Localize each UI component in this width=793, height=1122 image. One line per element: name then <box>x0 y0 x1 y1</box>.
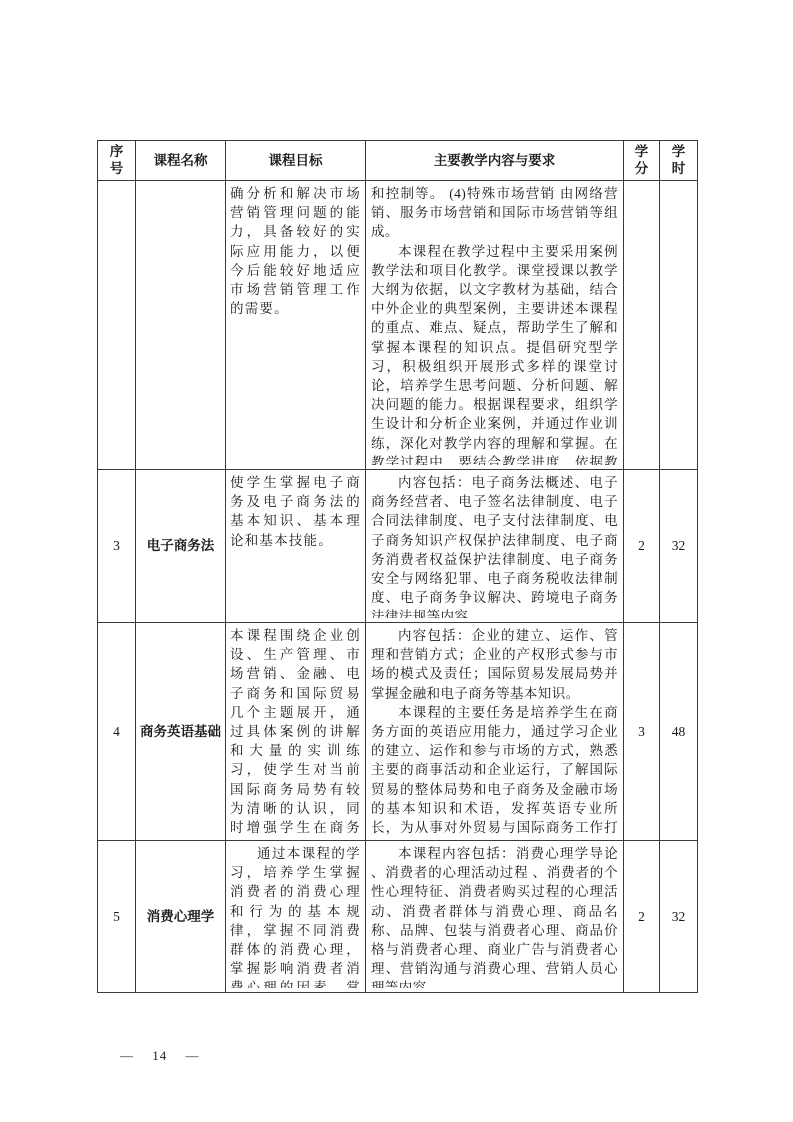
col-header-course-name: 课程名称 <box>136 141 226 181</box>
col-header-objectives: 课程目标 <box>226 141 366 181</box>
course-table-wrapper: 序号 课程名称 课程目标 主要教学内容与要求 学分 学时 确分析和解决市场营销管… <box>97 140 697 993</box>
paragraph: 本课程内容包括：消费心理学导论 、消费者的心理活动过程 、消费者的个性心理特征、… <box>371 844 618 988</box>
paragraph: 内容包括：企业的建立、运作、管理和营销方式；企业的产权形式参与市场的模式及责任；… <box>371 626 618 703</box>
table-row-continuation: 确分析和解决市场营销管理问题的能力，具备较好的实际应用能力，以便今后能较好地适应… <box>98 181 698 470</box>
course-content: 内容包括：企业的建立、运作、管理和营销方式；企业的产权形式参与市场的模式及责任；… <box>366 623 624 841</box>
paragraph: 和控制等。 (4)特殊市场营销 由网络营销、服务市场营销和国际市场营销等组成。 <box>371 184 618 242</box>
course-content: 本课程内容包括：消费心理学导论 、消费者的心理活动过程 、消费者的个性心理特征、… <box>366 841 624 993</box>
course-name: 消费心理学 <box>136 841 226 993</box>
course-no: 4 <box>98 623 136 841</box>
course-hours <box>660 181 698 470</box>
col-header-credits: 学分 <box>624 141 660 181</box>
course-credits: 2 <box>624 841 660 993</box>
course-objectives: 使学生掌握电子商务及电子商务法的基本知识、基本理论和基本技能。 <box>226 470 366 623</box>
col-header-no: 序号 <box>98 141 136 181</box>
col-header-content: 主要教学内容与要求 <box>366 141 624 181</box>
course-name <box>136 181 226 470</box>
table-header-row: 序号 课程名称 课程目标 主要教学内容与要求 学分 学时 <box>98 141 698 181</box>
course-no <box>98 181 136 470</box>
table-row-business-english: 4 商务英语基础 本课程围绕企业创设、生产管理、市场营销、金融、电子商务和国际贸… <box>98 623 698 841</box>
course-credits <box>624 181 660 470</box>
course-no: 5 <box>98 841 136 993</box>
paragraph: 本课程在教学过程中主要采用案例教学法和项目化教学。课堂授课以教学大纲为依据，以文… <box>371 242 618 465</box>
course-credits: 2 <box>624 470 660 623</box>
course-credits: 3 <box>624 623 660 841</box>
paragraph: 本课程围绕企业创设、生产管理、市场营销、金融、电子商务和国际贸易几个主题展开，通… <box>230 626 361 836</box>
course-hours: 48 <box>660 623 698 841</box>
course-objectives: 确分析和解决市场营销管理问题的能力，具备较好的实际应用能力，以便今后能较好地适应… <box>226 181 366 470</box>
course-objectives: 通过本课程的学习，培养学生掌握消费者的消费心理和行为的基本规律，掌握不同消费群体… <box>226 841 366 993</box>
course-hours: 32 <box>660 470 698 623</box>
paragraph: 确分析和解决市场营销管理问题的能力，具备较好的实际应用能力，以便今后能较好地适应… <box>230 184 361 318</box>
paragraph: 本课程的主要任务是培养学生在商务方面的英语应用能力，通过学习企业的建立、运作和参… <box>371 703 618 836</box>
paragraph: 内容包括：电子商务法概述、电子商务经营者、电子签名法律制度、电子合同法律制度、电… <box>371 473 618 618</box>
course-hours: 32 <box>660 841 698 993</box>
course-name: 电子商务法 <box>136 470 226 623</box>
course-objectives: 本课程围绕企业创设、生产管理、市场营销、金融、电子商务和国际贸易几个主题展开，通… <box>226 623 366 841</box>
paragraph: 通过本课程的学习，培养学生掌握消费者的消费心理和行为的基本规律，掌握不同消费群体… <box>230 844 361 988</box>
paragraph: 使学生掌握电子商务及电子商务法的基本知识、基本理论和基本技能。 <box>230 473 361 550</box>
course-table: 序号 课程名称 课程目标 主要教学内容与要求 学分 学时 确分析和解决市场营销管… <box>97 140 698 993</box>
table-row-consumer-psychology: 5 消费心理学 通过本课程的学习，培养学生掌握消费者的消费心理和行为的基本规律，… <box>98 841 698 993</box>
col-header-hours: 学时 <box>660 141 698 181</box>
page-number: — 14 — <box>120 1048 200 1064</box>
table-row-ecommerce-law: 3 电子商务法 使学生掌握电子商务及电子商务法的基本知识、基本理论和基本技能。 … <box>98 470 698 623</box>
course-content: 和控制等。 (4)特殊市场营销 由网络营销、服务市场营销和国际市场营销等组成。 … <box>366 181 624 470</box>
document-page: 序号 课程名称 课程目标 主要教学内容与要求 学分 学时 确分析和解决市场营销管… <box>0 0 793 1122</box>
course-no: 3 <box>98 470 136 623</box>
course-name: 商务英语基础 <box>136 623 226 841</box>
course-content: 内容包括：电子商务法概述、电子商务经营者、电子签名法律制度、电子合同法律制度、电… <box>366 470 624 623</box>
